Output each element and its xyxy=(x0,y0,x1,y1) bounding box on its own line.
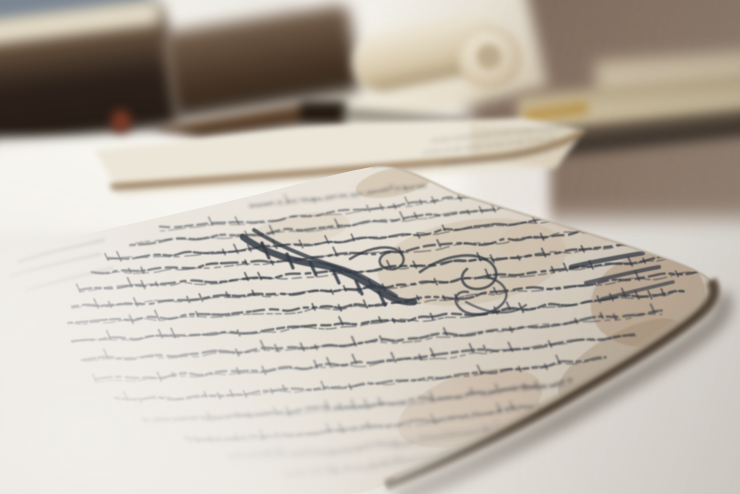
manuscript-page xyxy=(0,0,740,494)
archive-photo xyxy=(0,0,740,494)
bold-word xyxy=(690,258,714,262)
